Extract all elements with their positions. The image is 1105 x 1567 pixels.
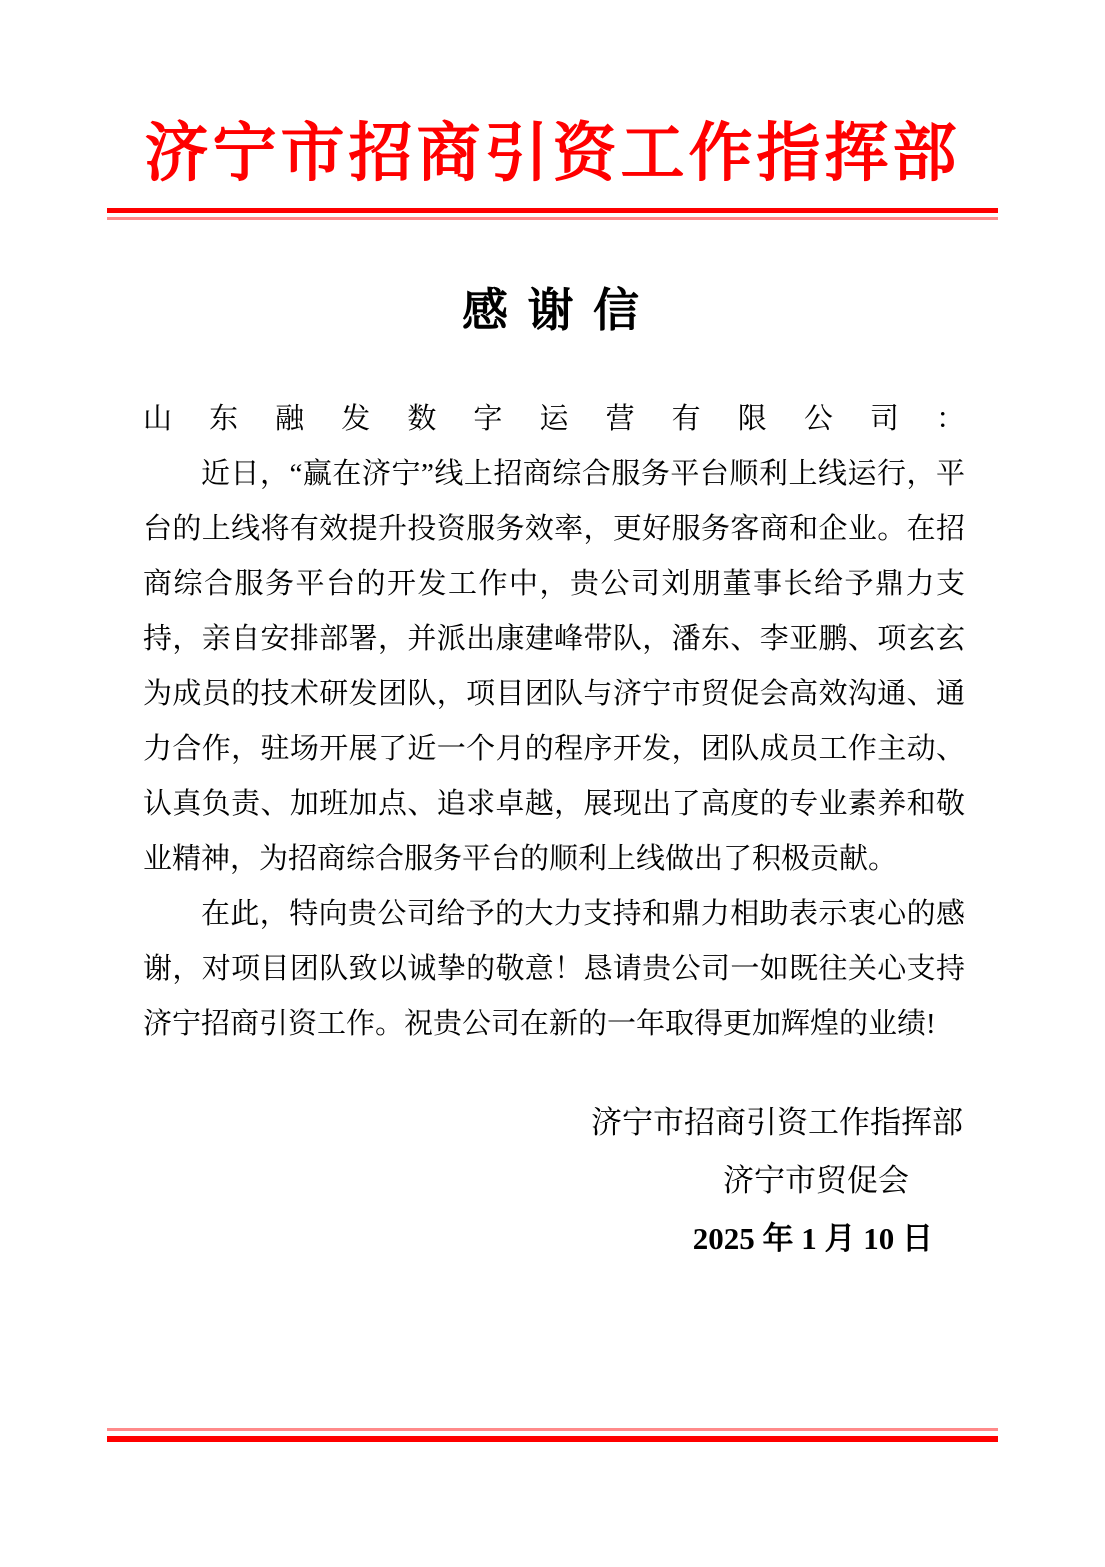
top-rule-thin (107, 217, 998, 220)
letterhead-title: 济宁市招商引资工作指挥部 (0, 112, 1105, 196)
body-line: 济宁招商引资工作。祝贵公司在新的一年取得更加辉煌的业绩! (143, 997, 965, 1052)
bottom-rule-thin (107, 1428, 998, 1431)
signature-date: 2025 年 1 月 10 日 (0, 1210, 933, 1268)
letter-page: 济宁市招商引资工作指挥部 感 谢 信 山东融发数字运营有限公司： 近日，“赢在济… (0, 0, 1105, 1567)
letterhead-double-rule (107, 208, 998, 220)
body-line: 认真负责、加班加点、追求卓越，展现出了高度的专业素养和敬 (143, 777, 965, 832)
paragraph-2: 在此，特向贵公司给予的大力支持和鼎力相助表示衷心的感 谢，对项目团队致以诚挚的敬… (143, 887, 965, 1052)
signature-org-secondary: 济宁市贸促会 (0, 1152, 909, 1210)
top-rule-thick (107, 208, 998, 213)
signature-block: 济宁市招商引资工作指挥部 济宁市贸促会 2025 年 1 月 10 日 (0, 1094, 1105, 1268)
footer-double-rule (107, 1428, 998, 1442)
salutation: 山东融发数字运营有限公司： (143, 392, 965, 447)
body-line: 力合作，驻场开展了近一个月的程序开发，团队成员工作主动、 (143, 722, 965, 777)
bottom-rule-thick (107, 1436, 998, 1442)
body-line: 近日，“赢在济宁”线上招商综合服务平台顺利上线运行，平 (143, 447, 965, 502)
body-line: 台的上线将有效提升投资服务效率，更好服务客商和企业。在招 (143, 502, 965, 557)
paragraph-1: 近日，“赢在济宁”线上招商综合服务平台顺利上线运行，平 台的上线将有效提升投资服… (143, 447, 965, 887)
body-line: 业精神，为招商综合服务平台的顺利上线做出了积极贡献。 (143, 832, 965, 887)
body-line: 在此，特向贵公司给予的大力支持和鼎力相助表示衷心的感 (143, 887, 965, 942)
body-line: 谢，对项目团队致以诚挚的敬意！恳请贵公司一如既往关心支持 (143, 942, 965, 997)
letter-body: 山东融发数字运营有限公司： 近日，“赢在济宁”线上招商综合服务平台顺利上线运行，… (143, 392, 965, 1052)
signature-org-primary: 济宁市招商引资工作指挥部 (0, 1094, 963, 1152)
body-line: 为成员的技术研发团队，项目团队与济宁市贸促会高效沟通、通 (143, 667, 965, 722)
letter-title: 感 谢 信 (0, 280, 1105, 342)
body-line: 持，亲自安排部署，并派出康建峰带队，潘东、李亚鹏、项玄玄 (143, 612, 965, 667)
body-line: 商综合服务平台的开发工作中，贵公司刘朋董事长给予鼎力支 (143, 557, 965, 612)
